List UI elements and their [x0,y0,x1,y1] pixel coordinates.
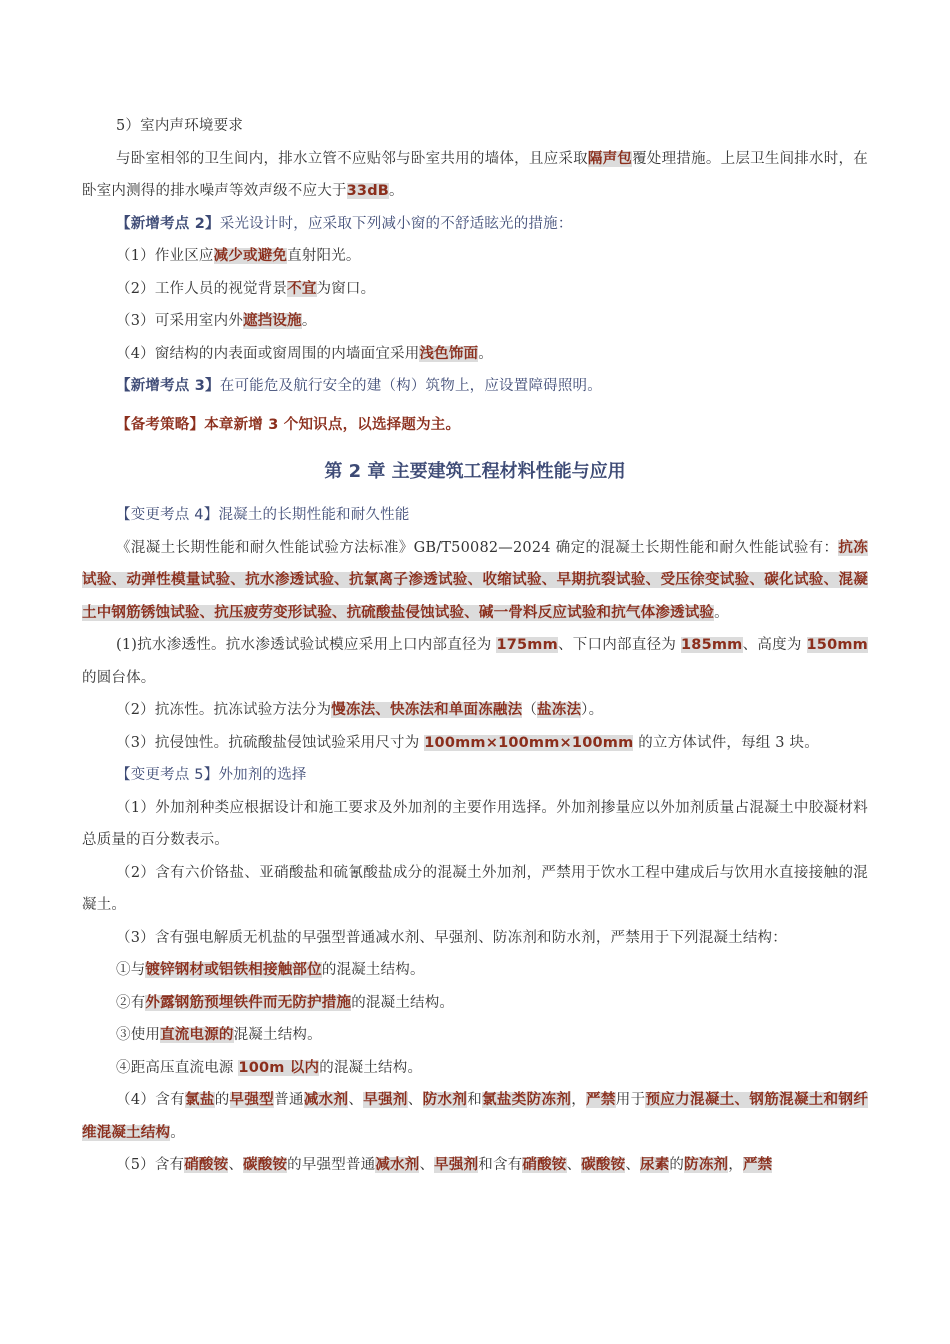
list-item: ②有外露钢筋预埋铁件而无防护措施的混凝土结构。 [82,987,868,1020]
text: 。 [389,183,404,199]
paragraph-acoustics: 与卧室相邻的卫生间内，排水立管不应贴邻与卧室共用的墙体，且应采取隔声包覆处理措施… [82,143,868,208]
paragraph-tests: 《混凝土长期性能和耐久性能试验方法标准》GB/T50082—2024 确定的混凝… [82,532,868,630]
text: 用于 [616,1092,646,1108]
highlight: 175mm [496,637,558,653]
text: （3）可采用室内外 [116,313,243,329]
text: ②有 [116,995,145,1011]
highlight: 防冻剂 [684,1157,728,1173]
highlight: 氯盐 [185,1092,215,1108]
chapter-title: 第 2 章 主要建筑工程材料性能与应用 [82,455,868,489]
text: ， [571,1092,586,1108]
keypoint-title: 外加剂的选择 [218,767,306,783]
text: ①与 [116,962,145,978]
keypoint-tag: 【新增考点 2】 [116,216,220,232]
paragraph-frost: （2）抗冻性。抗冻试验方法分为慢冻法、快冻法和单面冻融法（盐冻法）。 [82,694,868,727]
text: 与卧室相邻的卫生间内，排水立管不应贴邻与卧室共用的墙体，且应采取 [116,151,588,167]
list-item: ④距高压直流电源 100m 以内的混凝土结构。 [82,1052,868,1085]
text: 混凝土结构。 [234,1027,322,1043]
highlight: 防水剂 [423,1092,468,1108]
text: 的早强型普通 [287,1157,375,1173]
text: 和 [467,1092,482,1108]
text: 的 [669,1157,684,1173]
text: ③使用 [116,1027,160,1043]
text: ）。 [581,702,603,718]
text: （2）抗冻性。抗冻试验方法分为 [116,702,331,718]
keypoint-2-heading: 【新增考点 2】采光设计时，应采取下列减小窗的不舒适眩光的措施： [82,208,868,241]
paragraph-impermeability: (1)抗水渗透性。抗水渗透试验试模应采用上口内部直径为 175mm、下口内部直径… [82,629,868,694]
text: 的混凝土结构。 [322,962,425,978]
text: 、 [228,1157,243,1173]
text: 、 [348,1092,363,1108]
text: 和含有 [478,1157,522,1173]
paragraph-ammonium: （5）含有硝酸铵、碳酸铵的早强型普通减水剂、早强剂和含有硝酸铵、碳酸铵、尿素的防… [82,1149,868,1182]
highlight: 33dB [347,183,389,199]
highlight: 遮挡设施 [243,313,302,329]
text: 的 [215,1092,230,1108]
highlight: 100mm×100mm×100mm [424,735,633,751]
keypoint-4-heading: 【变更考点 4】混凝土的长期性能和耐久性能 [82,499,868,532]
highlight: 减水剂 [375,1157,419,1173]
study-strategy: 【备考策略】本章新增 3 个知识点，以选择题为主。 [82,409,868,442]
text: 、 [419,1157,434,1173]
keypoint-3-heading: 【新增考点 3】在可能危及航行安全的建（构）筑物上，应设置障碍照明。 [82,370,868,403]
keypoint-tag: 【变更考点 5】 [116,767,218,783]
text: 为窗口。 [317,281,376,297]
paragraph: （1）外加剂种类应根据设计和施工要求及外加剂的主要作用选择。外加剂掺量应以外加剂… [82,792,868,857]
text: 《混凝土长期性能和耐久性能试验方法标准》GB/T50082—2024 确定的混凝… [116,540,838,556]
text: 的立方体试件，每组 3 块。 [633,735,819,751]
highlight: 镀锌钢材或铝铁相接触部位 [145,962,321,978]
highlight: 100m 以内 [238,1060,319,1076]
highlight: 硝酸铵 [184,1157,228,1173]
list-item: （3）可采用室内外遮挡设施。 [82,305,868,338]
paragraph: （3）含有强电解质无机盐的早强型普通减水剂、早强剂、防冻剂和防水剂，严禁用于下列… [82,922,868,955]
highlight: 早强型 [230,1092,275,1108]
section-heading-acoustics: 5）室内声环境要求 [82,110,868,143]
highlight: 尿素 [640,1157,669,1173]
text: 。 [170,1125,185,1141]
text: 直射阳光。 [287,248,361,264]
keypoint-tag: 【变更考点 4】 [116,507,218,523]
list-item: （2）工作人员的视觉背景不宜为窗口。 [82,273,868,306]
text: （5）含有 [116,1157,184,1173]
highlight: 氯盐类防冻剂 [482,1092,571,1108]
text: 的圆台体。 [82,670,156,686]
highlight: 减水剂 [304,1092,349,1108]
highlight: 185mm [681,637,743,653]
keypoint-title: 采光设计时，应采取下列减小窗的不舒适眩光的措施： [220,216,573,232]
list-item: ③使用直流电源的混凝土结构。 [82,1019,868,1052]
highlight: 慢冻法、快冻法和单面冻融法 [331,702,522,718]
highlight: 盐冻法 [537,702,581,718]
highlight: 减少或避免 [214,248,288,264]
highlight: 不宜 [287,281,316,297]
text: （4）含有 [116,1092,185,1108]
highlight: 严禁 [586,1092,616,1108]
highlight: 150mm [807,637,869,653]
text: 。 [714,605,729,621]
text: 、 [625,1157,640,1173]
list-item: （4）窗结构的内表面或窗周围的内墙面宜采用浅色饰面。 [82,338,868,371]
highlight: 严禁 [743,1157,772,1173]
text: (1)抗水渗透性。抗水渗透试验试模应采用上口内部直径为 [116,637,496,653]
highlight: 早强剂 [434,1157,478,1173]
text: （2）工作人员的视觉背景 [116,281,287,297]
highlight: 直流电源的 [160,1027,234,1043]
keypoint-tag: 【新增考点 3】 [116,378,220,394]
document-page: 5）室内声环境要求 与卧室相邻的卫生间内，排水立管不应贴邻与卧室共用的墙体，且应… [82,110,868,1182]
text: （4）窗结构的内表面或窗周围的内墙面宜采用 [116,346,419,362]
text: 、 [567,1157,582,1173]
highlight: 外露钢筋预埋铁件而无防护措施 [145,995,351,1011]
text: （ [522,702,537,718]
paragraph-erosion: （3）抗侵蚀性。抗硫酸盐侵蚀试验采用尺寸为 100mm×100mm×100mm … [82,727,868,760]
highlight: 早强剂 [363,1092,408,1108]
paragraph-chloride: （4）含有氯盐的早强型普通减水剂、早强剂、防水剂和氯盐类防冻剂，严禁用于预应力混… [82,1084,868,1149]
text: （3）抗侵蚀性。抗硫酸盐侵蚀试验采用尺寸为 [116,735,424,751]
highlight: 碳酸铵 [243,1157,287,1173]
text: 。 [302,313,317,329]
text: 的混凝土结构。 [319,1060,422,1076]
keypoint-5-heading: 【变更考点 5】外加剂的选择 [82,759,868,792]
text: 、下口内部直径为 [558,637,681,653]
text: 、 [408,1092,423,1108]
text: 的混凝土结构。 [351,995,454,1011]
paragraph: （2）含有六价铬盐、亚硝酸盐和硫氰酸盐成分的混凝土外加剂，严禁用于饮水工程中建成… [82,857,868,922]
text: 。 [478,346,493,362]
highlight: 硝酸铵 [522,1157,566,1173]
list-item: （1）作业区应减少或避免直射阳光。 [82,240,868,273]
keypoint-title: 混凝土的长期性能和耐久性能 [218,507,409,523]
text: 、高度为 [743,637,807,653]
highlight: 浅色饰面 [419,346,478,362]
highlight: 隔声包 [588,151,632,167]
keypoint-title: 在可能危及航行安全的建（构）筑物上，应设置障碍照明。 [220,378,602,394]
list-item: ①与镀锌钢材或铝铁相接触部位的混凝土结构。 [82,954,868,987]
text: 普通 [274,1092,304,1108]
text: （1）作业区应 [116,248,214,264]
text: ④距高压直流电源 [116,1060,238,1076]
text: ， [728,1157,743,1173]
highlight: 碳酸铵 [581,1157,625,1173]
